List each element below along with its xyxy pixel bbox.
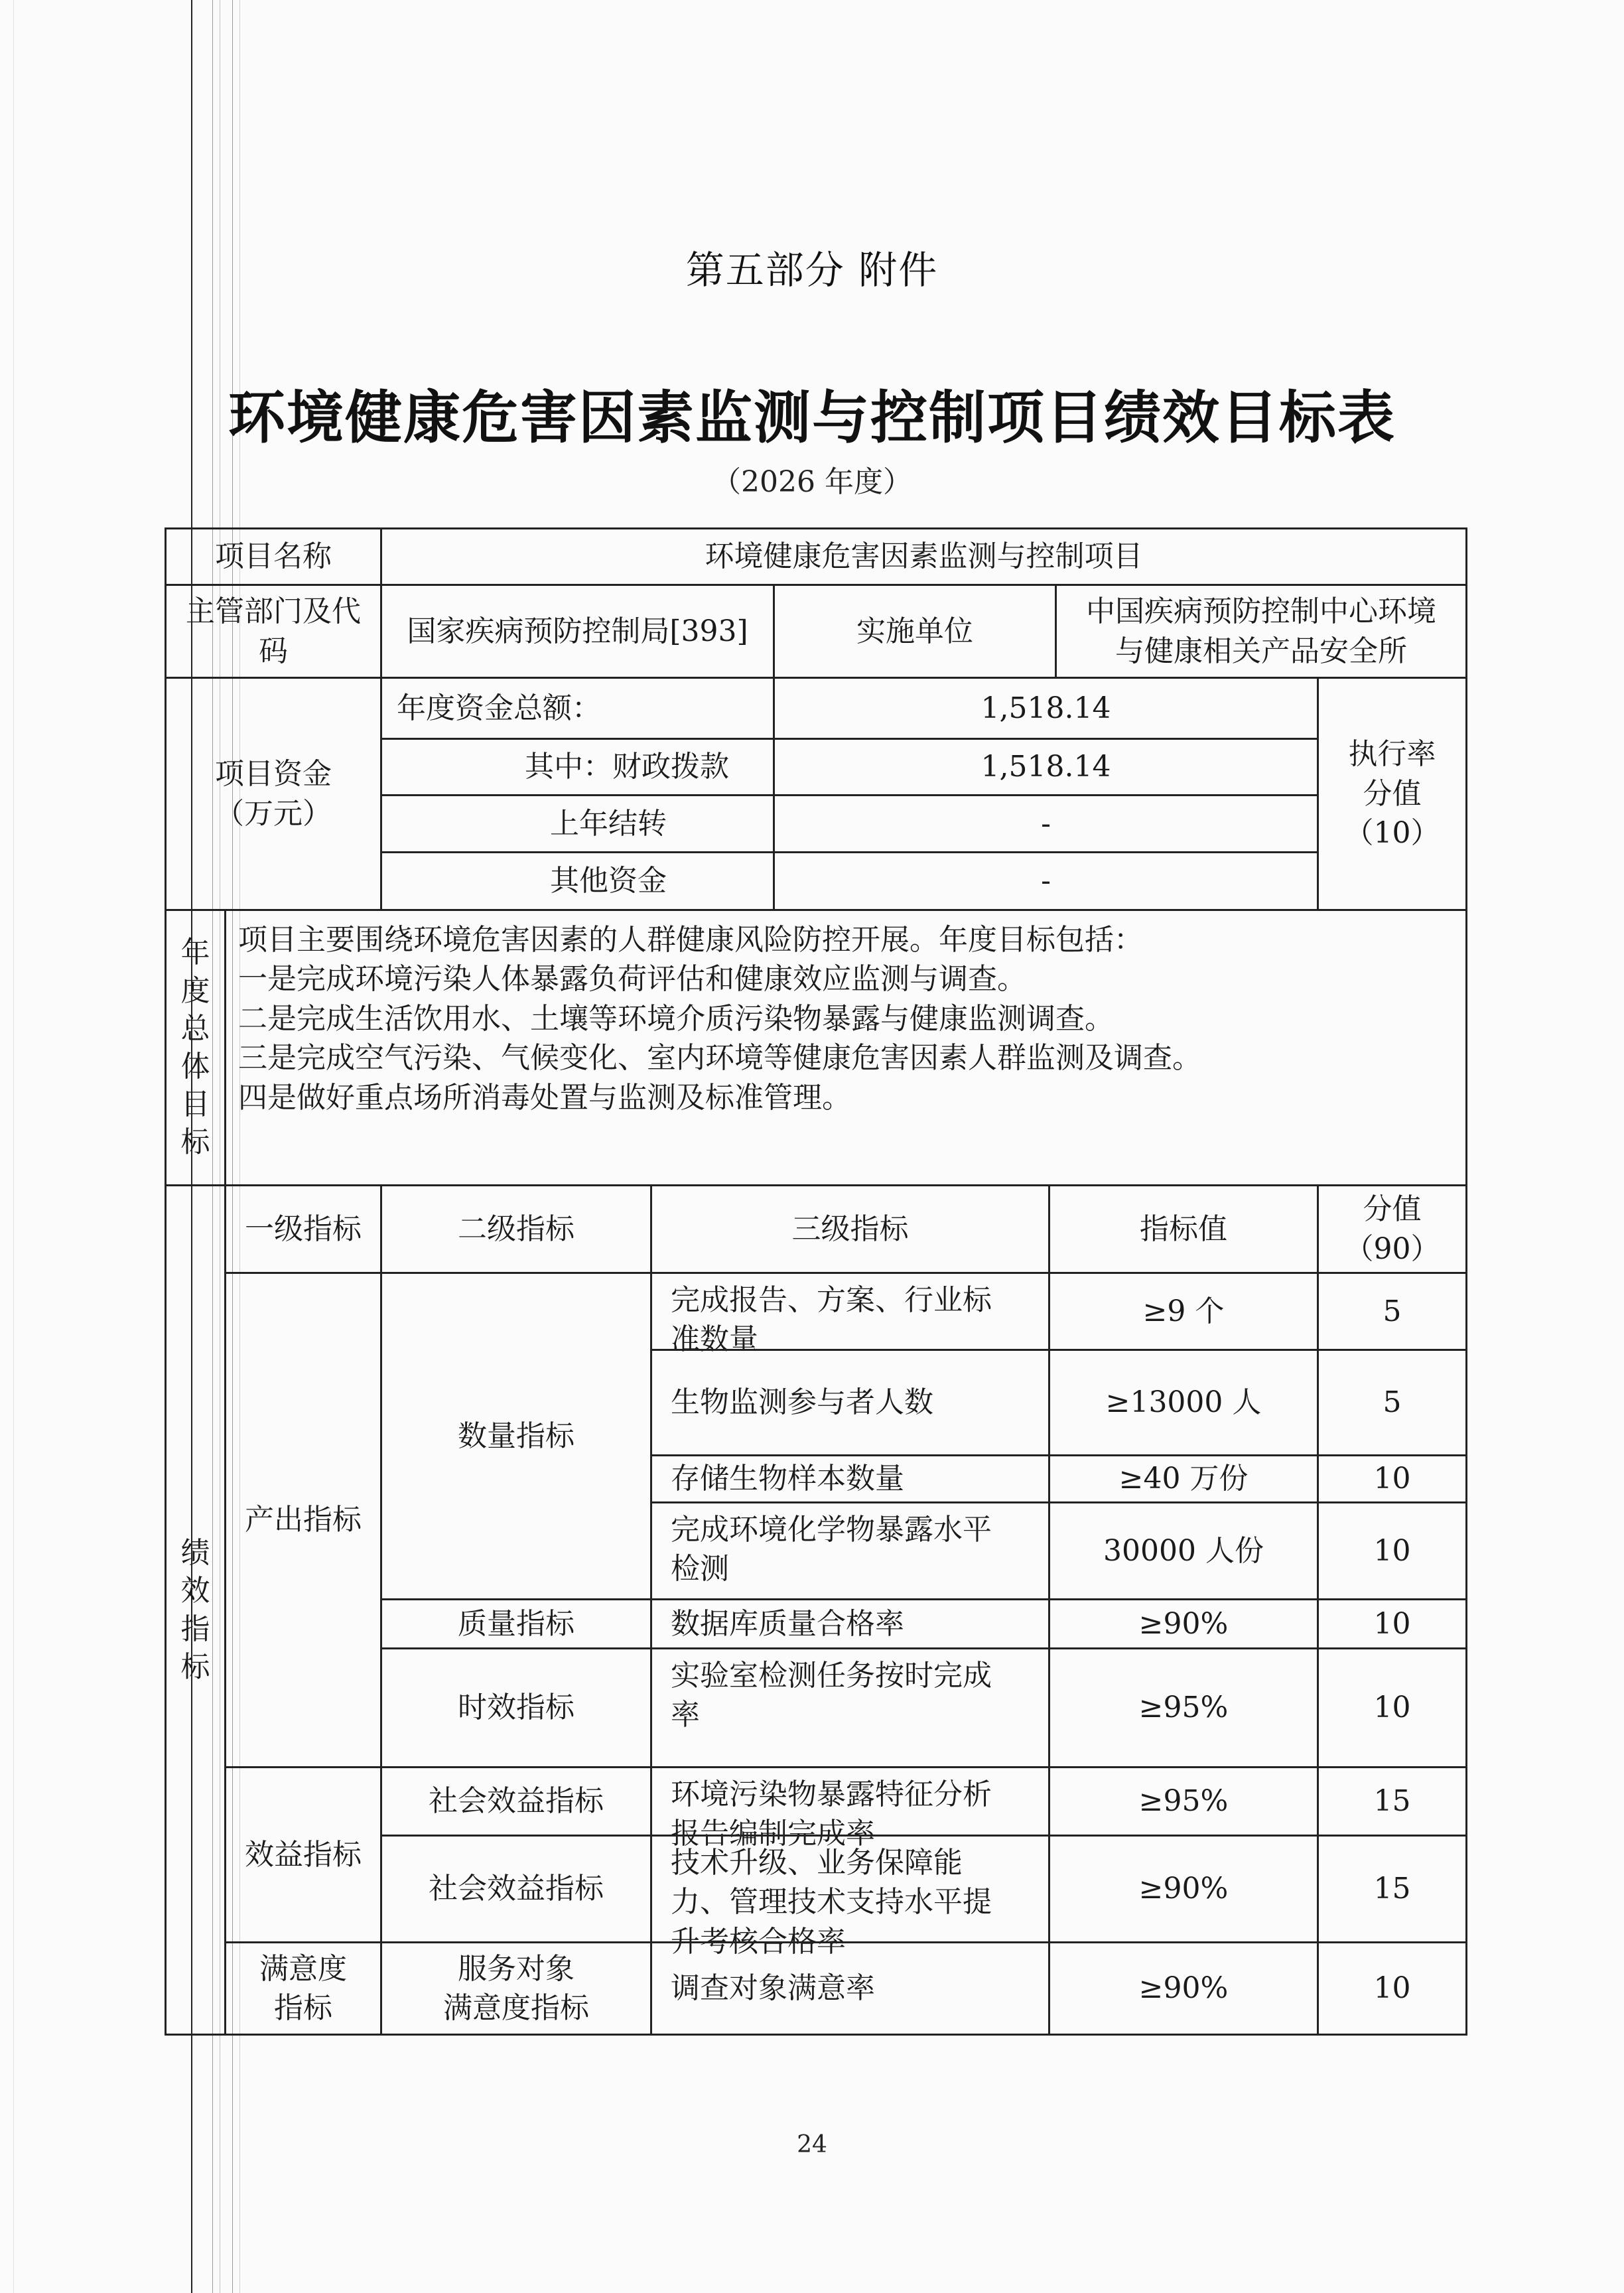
impl-unit-text: 中国疾病预防控制中心环境与健康相关产品安全所 [1077,592,1446,671]
header-level3: 三级指标 [650,1184,1050,1274]
group-output: 产出指标 [224,1272,382,1768]
document-year: （2026 年度） [0,458,1624,500]
table-row-level3: 技术升级、业务保障能 力、管理技术支持水平提 升考核合格率 [650,1835,1050,1943]
funds-carryover-label: 上年结转 [380,794,775,853]
exec-rate-line1: 执行率 [1349,734,1436,774]
header-target: 指标值 [1048,1184,1319,1274]
table-row-level3: 完成报告、方案、行业标 准数量 [650,1272,1050,1351]
goal-line: 项目主要围绕环境危害因素的人群健康风险防控开展。年度目标包括： [238,920,1143,959]
table-row-level3: 实验室检测任务按时完成 率 [650,1647,1050,1768]
table-row-score: 10 [1317,1941,1467,2036]
document-title: 环境健康危害因素监测与控制项目绩效目标表 [0,372,1624,454]
funds-total-value: 1,518.14 [773,677,1319,740]
goal-line: 三是完成空气污染、气候变化、室内环境等健康危害因素人群监测及调查。 [238,1038,1201,1077]
project-name-label: 项目名称 [165,527,382,586]
funds-other-label: 其他资金 [380,851,775,911]
level3-text-line: 力、管理技术支持水平提 [671,1882,992,1921]
perf-label-char: 绩 [181,1534,210,1572]
goal-label-char: 度 [181,972,210,1010]
table-row-level3: 完成环境化学物暴露水平 检测 [650,1501,1050,1600]
dept-value: 国家疾病预防控制局[393] [380,584,775,679]
annual-goals-content: 项目主要围绕环境危害因素的人群健康风险防控开展。年度目标包括： 一是完成环境污染… [224,909,1467,1186]
sub-service-satisfaction: 服务对象 满意度指标 [380,1941,652,2036]
perf-label-char: 指 [181,1610,210,1648]
header-level2: 二级指标 [380,1184,652,1274]
dept-label-text: 主管部门及代码 [180,592,367,671]
table-row-target: ≥90% [1048,1941,1319,2036]
level3-text-line: 率 [671,1695,700,1734]
sub-quantity: 数量指标 [380,1272,652,1600]
goal-label-char: 体 [181,1048,210,1085]
table-row-level3: 数据库质量合格率 [650,1598,1050,1649]
annual-goals-label: 年 度 总 体 目 标 [165,909,226,1186]
header-score-line1: 分值 [1363,1190,1422,1229]
perf-label-char: 标 [181,1648,210,1686]
group-benefit: 效益指标 [224,1766,382,1943]
goal-line: 二是完成生活饮用水、土壤等环境介质污染物暴露与健康监测调查。 [238,999,1114,1038]
funds-label-line2: （万元） [215,794,332,833]
table-row-target: ≥13000 人 [1048,1349,1319,1456]
goal-label-char: 年 [181,934,210,971]
scan-artifact-line [13,0,14,2293]
table-row-score: 10 [1317,1454,1467,1503]
level3-text-line: 技术升级、业务保障能 [671,1843,963,1882]
table-row-score: 5 [1317,1349,1467,1456]
table-row-target: 30000 人份 [1048,1501,1319,1600]
funds-total-label: 年度资金总额： [380,677,775,740]
level3-text-line: 实验室检测任务按时完成 [671,1656,992,1695]
goal-label-char: 目 [181,1085,210,1123]
sub-quality: 质量指标 [380,1598,652,1649]
table-row-score: 10 [1317,1598,1467,1649]
level3-text-line: 完成环境化学物暴露水平 [671,1510,992,1549]
sub-service-line1: 服务对象 [458,1949,575,1988]
table-row-level3: 存储生物样本数量 [650,1454,1050,1503]
table-row-target: ≥90% [1048,1835,1319,1943]
table-row-target: ≥40 万份 [1048,1454,1319,1503]
perf-label-char: 效 [181,1572,210,1610]
table-row-target: ≥95% [1048,1766,1319,1837]
goal-line: 四是做好重点场所消毒处置与监测及标准管理。 [238,1078,851,1117]
table-row-level3: 生物监测参与者人数 [650,1349,1050,1456]
table-row-score: 5 [1317,1272,1467,1351]
funds-carryover-value: - [773,794,1319,853]
table-row-score: 15 [1317,1835,1467,1943]
header-score-line2: （90） [1345,1229,1440,1269]
sub-social-1: 社会效益指标 [380,1766,652,1837]
table-row-target: ≥90% [1048,1598,1319,1649]
exec-rate-line2: 分值 [1363,774,1422,813]
exec-rate-score: 执行率 分值 （10） [1317,677,1467,911]
performance-label: 绩 效 指 标 [165,1184,226,2036]
sub-timeliness: 时效指标 [380,1647,652,1768]
table-row-score: 15 [1317,1766,1467,1837]
table-row-score: 10 [1317,1501,1467,1600]
level3-text-line: 完成报告、方案、行业标 [671,1281,992,1320]
project-name-value: 环境健康危害因素监测与控制项目 [380,527,1467,586]
group-satisfaction: 满意度 指标 [224,1941,382,2036]
page-number: 24 [0,2131,1624,2158]
table-row-target: ≥9 个 [1048,1272,1319,1351]
dept-label: 主管部门及代码 [165,584,382,679]
funds-other-value: - [773,851,1319,911]
goal-label-char: 标 [181,1123,210,1161]
header-score: 分值 （90） [1317,1184,1467,1274]
exec-rate-line3: （10） [1345,813,1440,853]
header-level1: 一级指标 [224,1184,382,1274]
sub-service-line2: 满意度指标 [443,1988,589,2028]
funds-label-line1: 项目资金 [215,754,332,794]
funds-label: 项目资金 （万元） [165,677,382,911]
sub-social-2: 社会效益指标 [380,1835,652,1943]
impl-unit-label: 实施单位 [773,584,1057,679]
table-row-level3: 调查对象满意率 [650,1941,1050,2036]
level3-text-line: 检测 [671,1549,729,1588]
group-satisfaction-line2: 指标 [274,1988,332,2028]
funds-fiscal-label: 其中：财政拨款 [380,738,775,796]
table-row-target: ≥95% [1048,1647,1319,1768]
table-row-score: 10 [1317,1647,1467,1768]
goal-label-char: 总 [181,1010,210,1048]
table-row-level3: 环境污染物暴露特征分析 报告编制完成率 [650,1766,1050,1837]
impl-unit-value: 中国疾病预防控制中心环境与健康相关产品安全所 [1055,584,1467,679]
group-satisfaction-line1: 满意度 [259,1949,347,1988]
level3-text-line: 环境污染物暴露特征分析 [671,1775,992,1814]
section-heading: 第五部分 附件 [0,239,1624,295]
funds-fiscal-value: 1,518.14 [773,738,1319,796]
goal-line: 一是完成环境污染人体暴露负荷评估和健康效应监测与调查。 [238,959,1026,999]
